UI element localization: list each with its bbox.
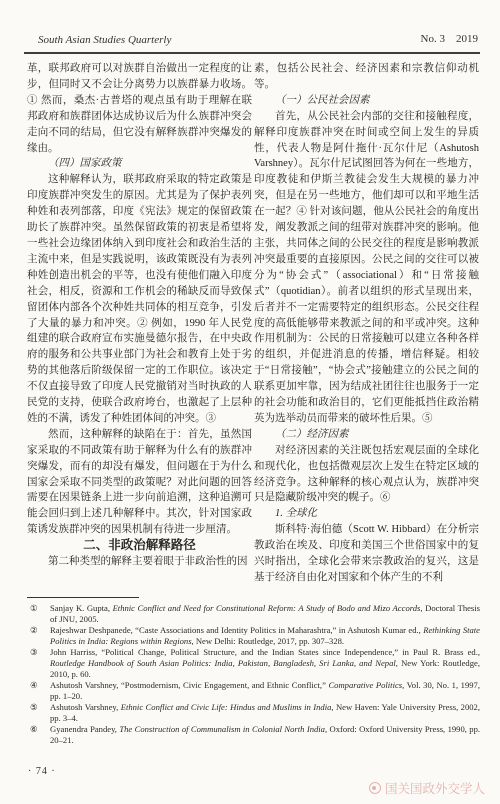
- footnote-text: Rajeshwar Deshpanede, “Caste Association…: [50, 625, 480, 647]
- footnote-marker: ①: [30, 603, 42, 625]
- body-paragraph: 这种解释认为，联邦政府采取的特定政策是印度族群冲突发生的原因。尤其是为了保护表列…: [27, 172, 252, 427]
- footnote-marker: ⑥: [30, 724, 42, 746]
- page-number: · 74 ·: [28, 766, 56, 777]
- journal-title: South Asian Studies Quarterly: [26, 34, 171, 46]
- footnote-marker: ②: [30, 625, 42, 647]
- body-paragraph: 首先，从公民社会内部的交往和接触程度，解释印度族群冲突在时间或空间上发生的异质性…: [254, 109, 479, 427]
- watermark: 国关国政外交学人: [369, 779, 485, 797]
- journal-page: South Asian Studies Quarterly No. 3 2019…: [0, 0, 500, 804]
- footnotes-list: ① Sanjay K. Gupta, Ethnic Conflict and N…: [27, 603, 480, 746]
- footnote-separator: [27, 597, 139, 598]
- footnote-item: ① Sanjay K. Gupta, Ethnic Conflict and N…: [27, 603, 480, 625]
- body-paragraph: 素，包括公民社会、经济因素和宗教信仰动机等。: [254, 61, 479, 93]
- left-column: 革，联邦政府可以对族群自治做出一定程度的让步，但同时又不会让分离势力以族群暴力收…: [27, 61, 252, 596]
- footnote-text: Ashutosh Varshney, Ethnic Conflict and C…: [50, 702, 480, 724]
- circle-logo-icon: [369, 782, 381, 794]
- footnote-item: ② Rajeshwar Deshpanede, “Caste Associati…: [27, 625, 480, 647]
- body-paragraph: 第二种类型的解释主要着眼于非政治性的因: [27, 554, 252, 570]
- footnote-marker: ⑤: [30, 702, 42, 724]
- body-paragraph: 然而，这种解释的缺陷在于：首先，虽然国家采取的不同政策有助于解释为什么有的族群冲…: [27, 427, 252, 538]
- footnote-item: ⑥ Gyanendra Pandey, The Construction of …: [27, 724, 480, 746]
- subsection-heading-economic: （二）经济因素: [254, 427, 479, 443]
- body-paragraph: 对经济因素的关注既包括宏观层面的全球化和现代化，也包括微观层次上发生在特定区域的…: [254, 443, 479, 507]
- body-paragraph: 斯科特·海伯德（Scott W. Hibbard）在分析宗教政治在埃及、印度和美…: [254, 522, 479, 586]
- footnote-item: ③ John Harriss, “Political Change, Polit…: [27, 647, 480, 680]
- footnote-text: Sanjay K. Gupta, Ethnic Conflict and Nee…: [50, 603, 480, 625]
- text-columns: 革，联邦政府可以对族群自治做出一定程度的让步，但同时又不会让分离势力以族群暴力收…: [27, 61, 479, 596]
- subsection-heading-civil-society: （一）公民社会因素: [254, 93, 479, 109]
- header-rule: [24, 52, 480, 54]
- footnote-marker: ④: [30, 680, 42, 702]
- body-paragraph: 革，联邦政府可以对族群自治做出一定程度的让步，但同时又不会让分离势力以族群暴力收…: [27, 61, 252, 156]
- footnote-text: Ashutosh Varshney, “Postmodernism, Civic…: [50, 680, 480, 702]
- page-header: South Asian Studies Quarterly No. 3 2019: [26, 30, 478, 46]
- footnote-item: ⑤ Ashutosh Varshney, Ethnic Conflict and…: [27, 702, 480, 724]
- footnote-text: John Harriss, “Political Change, Politic…: [50, 647, 480, 680]
- section-heading-nonpolitical: 二、非政治解释路径: [27, 538, 252, 554]
- issue-number: No. 3 2019: [421, 30, 478, 46]
- footnote-item: ④ Ashutosh Varshney, “Postmodernism, Civ…: [27, 680, 480, 702]
- footnote-marker: ③: [30, 647, 42, 680]
- footnote-text: Gyanendra Pandey, The Construction of Co…: [50, 724, 480, 746]
- subsection-heading-globalization: 1. 全球化: [254, 506, 479, 522]
- watermark-text: 国关国政外交学人: [385, 779, 485, 797]
- subsection-heading-state-policy: （四）国家政策: [27, 156, 252, 172]
- right-column: 素，包括公民社会、经济因素和宗教信仰动机等。 （一）公民社会因素 首先，从公民社…: [254, 61, 479, 596]
